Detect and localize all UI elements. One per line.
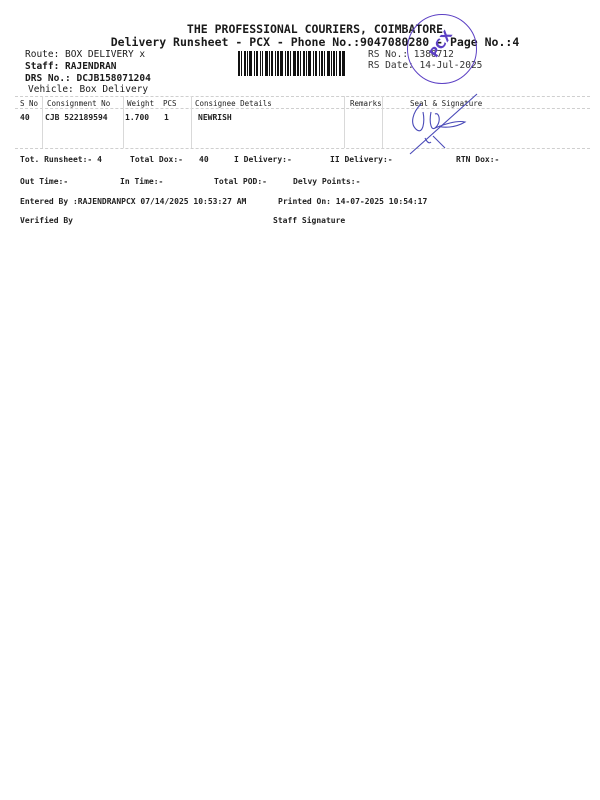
cell-consignment: CJB 522189594 bbox=[45, 113, 108, 122]
col-divider bbox=[123, 96, 124, 148]
table-header-border bbox=[15, 108, 590, 109]
printed-on: Printed On: 14-07-2025 10:54:17 bbox=[278, 197, 427, 206]
col-header-remarks: Remarks bbox=[350, 99, 382, 108]
staff-label: Staff: RAJENDRAN bbox=[25, 61, 117, 72]
col-header-consignment: Consignment No bbox=[47, 99, 110, 108]
barcode bbox=[238, 51, 356, 76]
col-header-consignee: Consignee Details bbox=[195, 99, 272, 108]
col-divider bbox=[42, 96, 43, 148]
total-pod: Total POD:- bbox=[214, 177, 267, 186]
ii-delivery: II Delivery:- bbox=[330, 155, 393, 164]
pcx-stamp-icon: PCX bbox=[407, 14, 477, 84]
col-header-pcs: PCS bbox=[163, 99, 177, 108]
total-dox-value: 40 bbox=[199, 155, 209, 164]
out-time: Out Time:- bbox=[20, 177, 68, 186]
vehicle-label: Vehicle: Box Delivery bbox=[28, 84, 148, 95]
entered-by: Entered By :RAJENDRANPCX 07/14/2025 10:5… bbox=[20, 197, 246, 206]
tot-runsheet: Tot. Runsheet:- 4 bbox=[20, 155, 102, 164]
total-dox-label: Total Dox:- bbox=[130, 155, 183, 164]
table-bottom-border bbox=[15, 148, 590, 149]
cell-sno: 40 bbox=[20, 113, 30, 122]
col-divider bbox=[191, 96, 192, 148]
rtn-dox: RTN Dox:- bbox=[456, 155, 499, 164]
handwritten-signature-icon bbox=[395, 92, 495, 157]
route-label: Route: BOX DELIVERY x bbox=[25, 49, 145, 60]
col-divider bbox=[344, 96, 345, 148]
col-divider bbox=[382, 96, 383, 148]
company-title: THE PROFESSIONAL COURIERS, COIMBATORE bbox=[0, 22, 600, 36]
runsheet-subtitle: Delivery Runsheet - PCX - Phone No.:9047… bbox=[0, 35, 600, 49]
col-header-sno: S No bbox=[20, 99, 38, 108]
i-delivery: I Delivery:- bbox=[234, 155, 292, 164]
col-header-weight: Weight bbox=[127, 99, 154, 108]
stamp-text: PCX bbox=[427, 28, 456, 60]
cell-weight: 1.700 bbox=[125, 113, 149, 122]
staff-signature-label: Staff Signature bbox=[273, 216, 345, 225]
in-time: In Time:- bbox=[120, 177, 163, 186]
drs-number: DRS No.: DCJB158071204 bbox=[25, 73, 151, 84]
cell-consignee: NEWRISH bbox=[198, 113, 232, 122]
cell-pcs: 1 bbox=[164, 113, 169, 122]
verified-by: Verified By bbox=[20, 216, 73, 225]
delvy-points: Delvy Points:- bbox=[293, 177, 360, 186]
table-top-border bbox=[15, 96, 590, 97]
